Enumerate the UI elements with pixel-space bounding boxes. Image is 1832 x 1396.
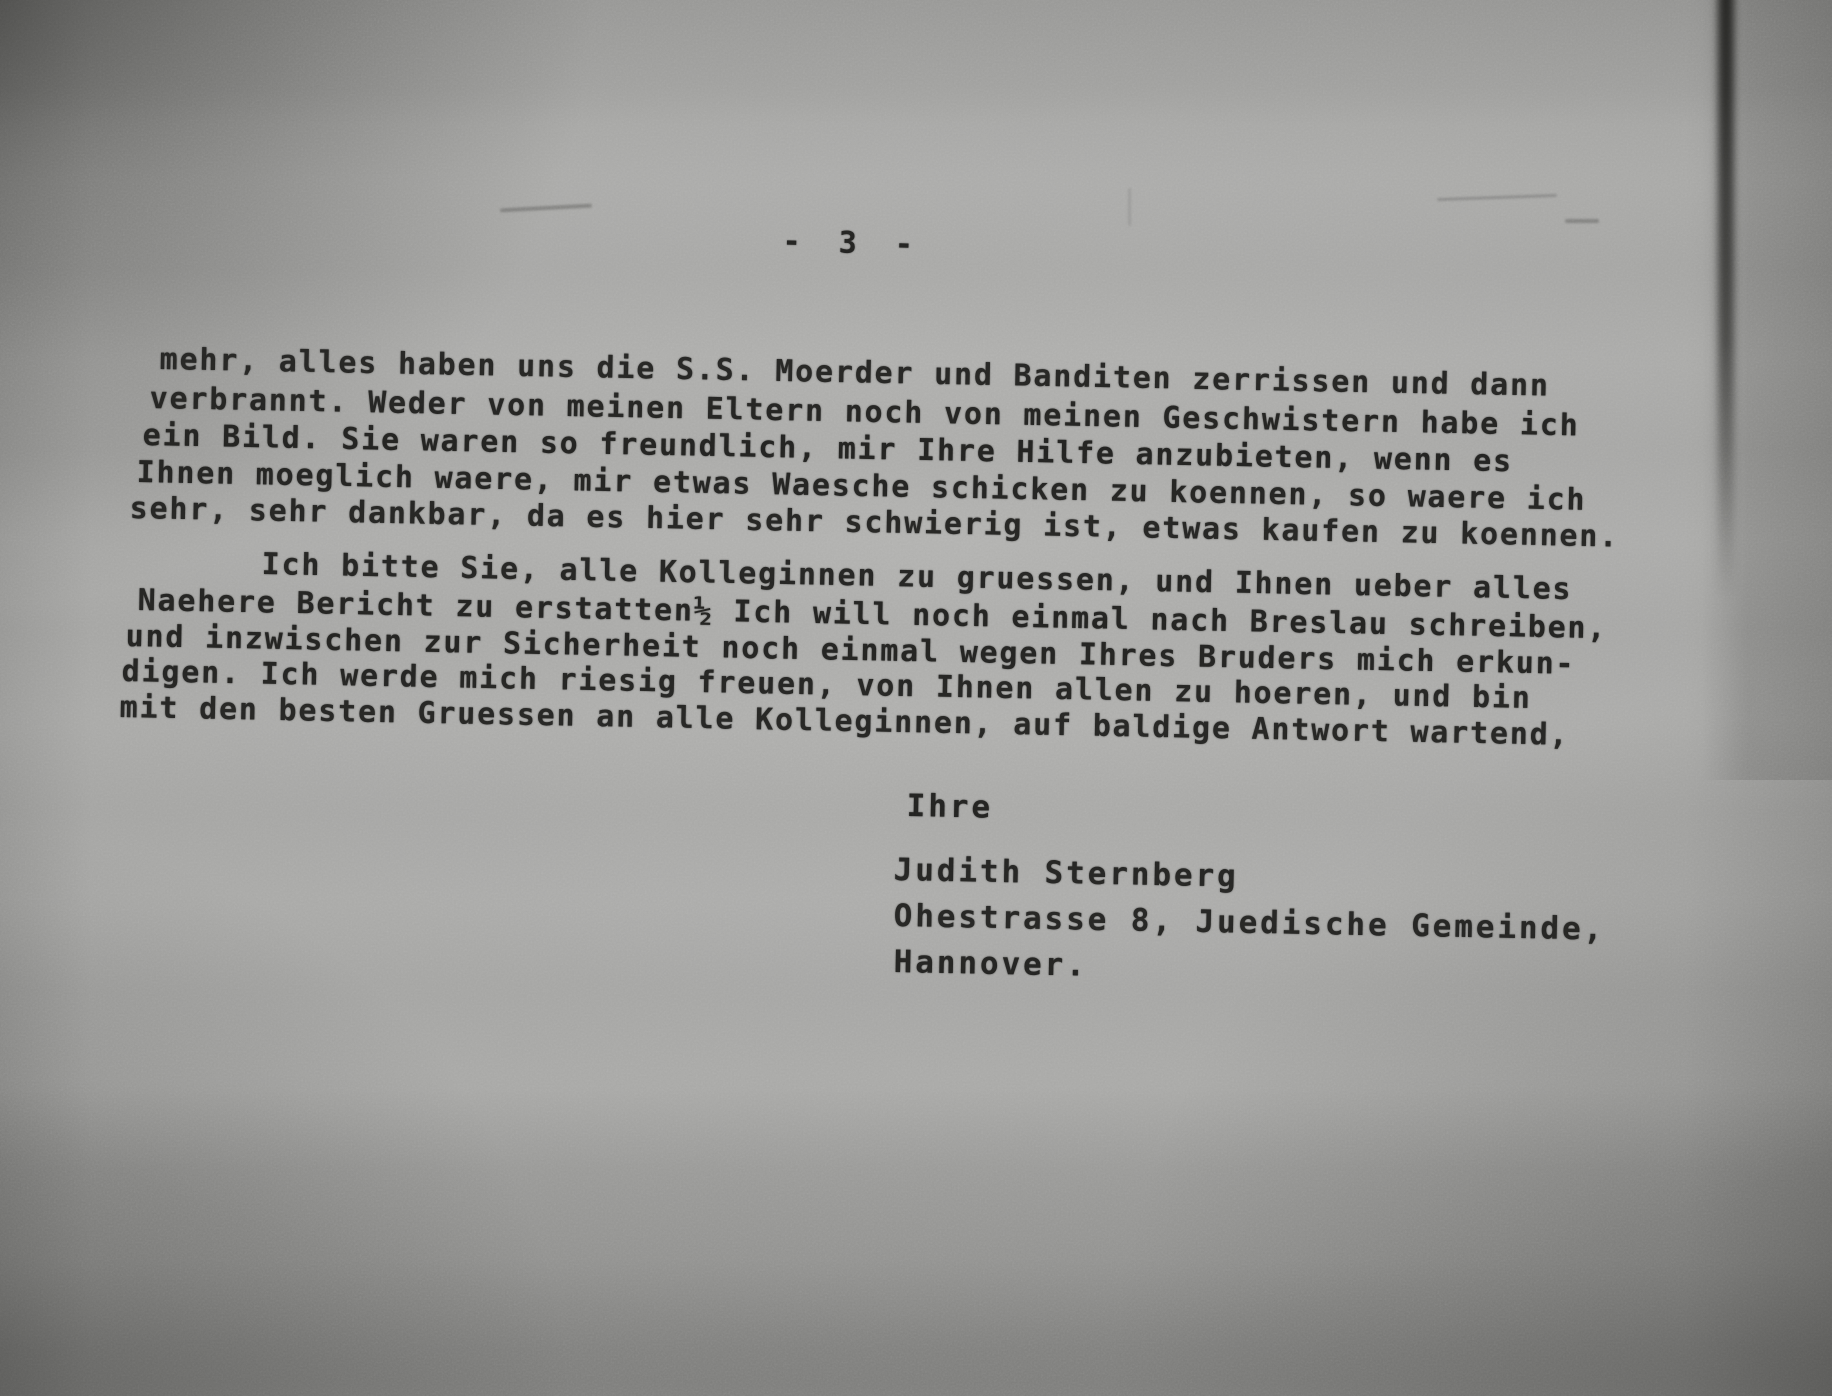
letter-content: - 3 - mehr, alles haben uns die S.S. Moe… [0, 0, 1832, 1396]
city-line: Hannover. [893, 947, 1088, 982]
address-line: Ohestrasse 8, Juedische Gemeinde, [893, 901, 1605, 946]
signature-name: Judith Sternberg [893, 855, 1239, 893]
closing-salutation: Ihre [906, 791, 993, 824]
scanned-letter-photo: - 3 - mehr, alles haben uns die S.S. Moe… [0, 0, 1832, 1396]
page-number: - 3 - [782, 227, 923, 261]
